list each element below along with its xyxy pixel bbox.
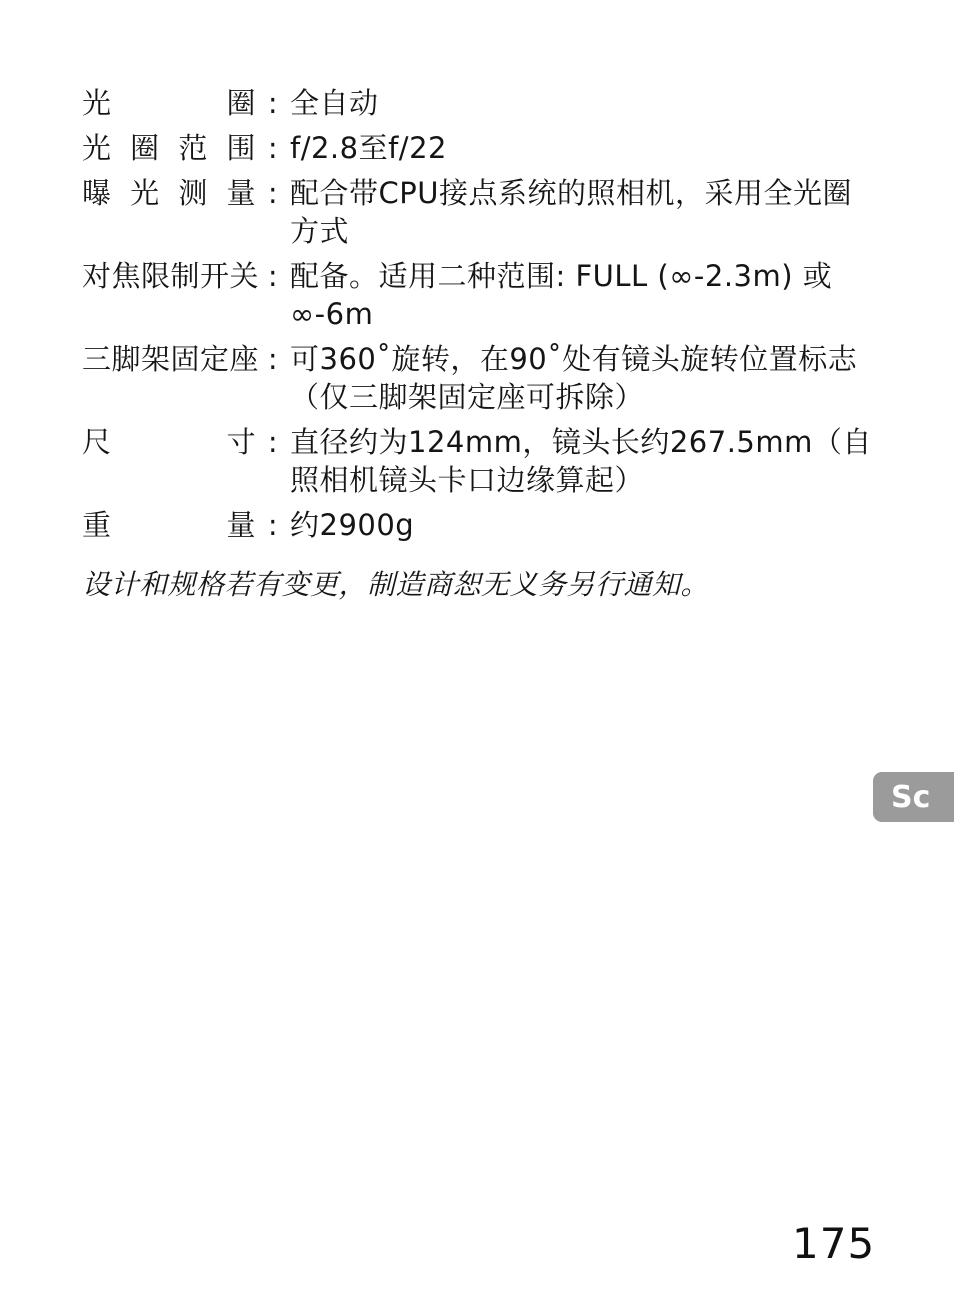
spec-colon: : [256, 257, 290, 295]
spec-colon: : [256, 84, 290, 122]
spec-row-weight: 重量 : 约2900g [82, 506, 874, 544]
spec-value: 配备。适用二种范围: FULL (∞-2.3m) 或 ∞-6m [290, 257, 874, 333]
spec-row-exposure-metering: 曝光测量 : 配合带CPU接点系统的照相机，采用全光圈方式 [82, 174, 874, 250]
spec-colon: : [256, 340, 290, 378]
spec-colon: : [256, 506, 290, 544]
spec-row-tripod-collar: 三脚架固定座 : 可360˚旋转，在90˚处有镜头旋转位置标志（仅三脚架固定座可… [82, 340, 874, 416]
spec-row-focus-limit-switch: 对焦限制开关 : 配备。适用二种范围: FULL (∞-2.3m) 或 ∞-6m [82, 257, 874, 333]
section-tab-sc: Sc [873, 772, 954, 822]
spec-label: 光圈 [82, 84, 256, 122]
spec-label: 对焦限制开关 [82, 257, 256, 295]
spec-value: f/2.8至f/22 [290, 129, 874, 167]
disclaimer-note: 设计和规格若有变更，制造商恕无义务另行通知。 [82, 566, 874, 604]
spec-list: 光圈 : 全自动 光圈范围 : f/2.8至f/22 曝光测量 : 配合带CPU… [82, 84, 874, 604]
spec-value: 配合带CPU接点系统的照相机，采用全光圈方式 [290, 174, 874, 250]
spec-row-aperture: 光圈 : 全自动 [82, 84, 874, 122]
spec-row-aperture-range: 光圈范围 : f/2.8至f/22 [82, 129, 874, 167]
spec-colon: : [256, 129, 290, 167]
page-number: 175 [792, 1222, 875, 1266]
spec-colon: : [256, 174, 290, 212]
spec-label: 重量 [82, 506, 256, 544]
section-tab-label: Sc [891, 780, 930, 815]
spec-label: 尺寸 [82, 423, 256, 461]
spec-value: 直径约为124mm，镜头长约267.5mm（自照相机镜头卡口边缘算起） [290, 423, 874, 499]
spec-value: 全自动 [290, 84, 874, 122]
spec-value: 约2900g [290, 506, 874, 544]
spec-row-dimensions: 尺寸 : 直径约为124mm，镜头长约267.5mm（自照相机镜头卡口边缘算起） [82, 423, 874, 499]
spec-colon: : [256, 423, 290, 461]
spec-label: 光圈范围 [82, 129, 256, 167]
spec-value: 可360˚旋转，在90˚处有镜头旋转位置标志（仅三脚架固定座可拆除） [290, 340, 874, 416]
spec-label: 三脚架固定座 [82, 340, 256, 378]
spec-label: 曝光测量 [82, 174, 256, 212]
